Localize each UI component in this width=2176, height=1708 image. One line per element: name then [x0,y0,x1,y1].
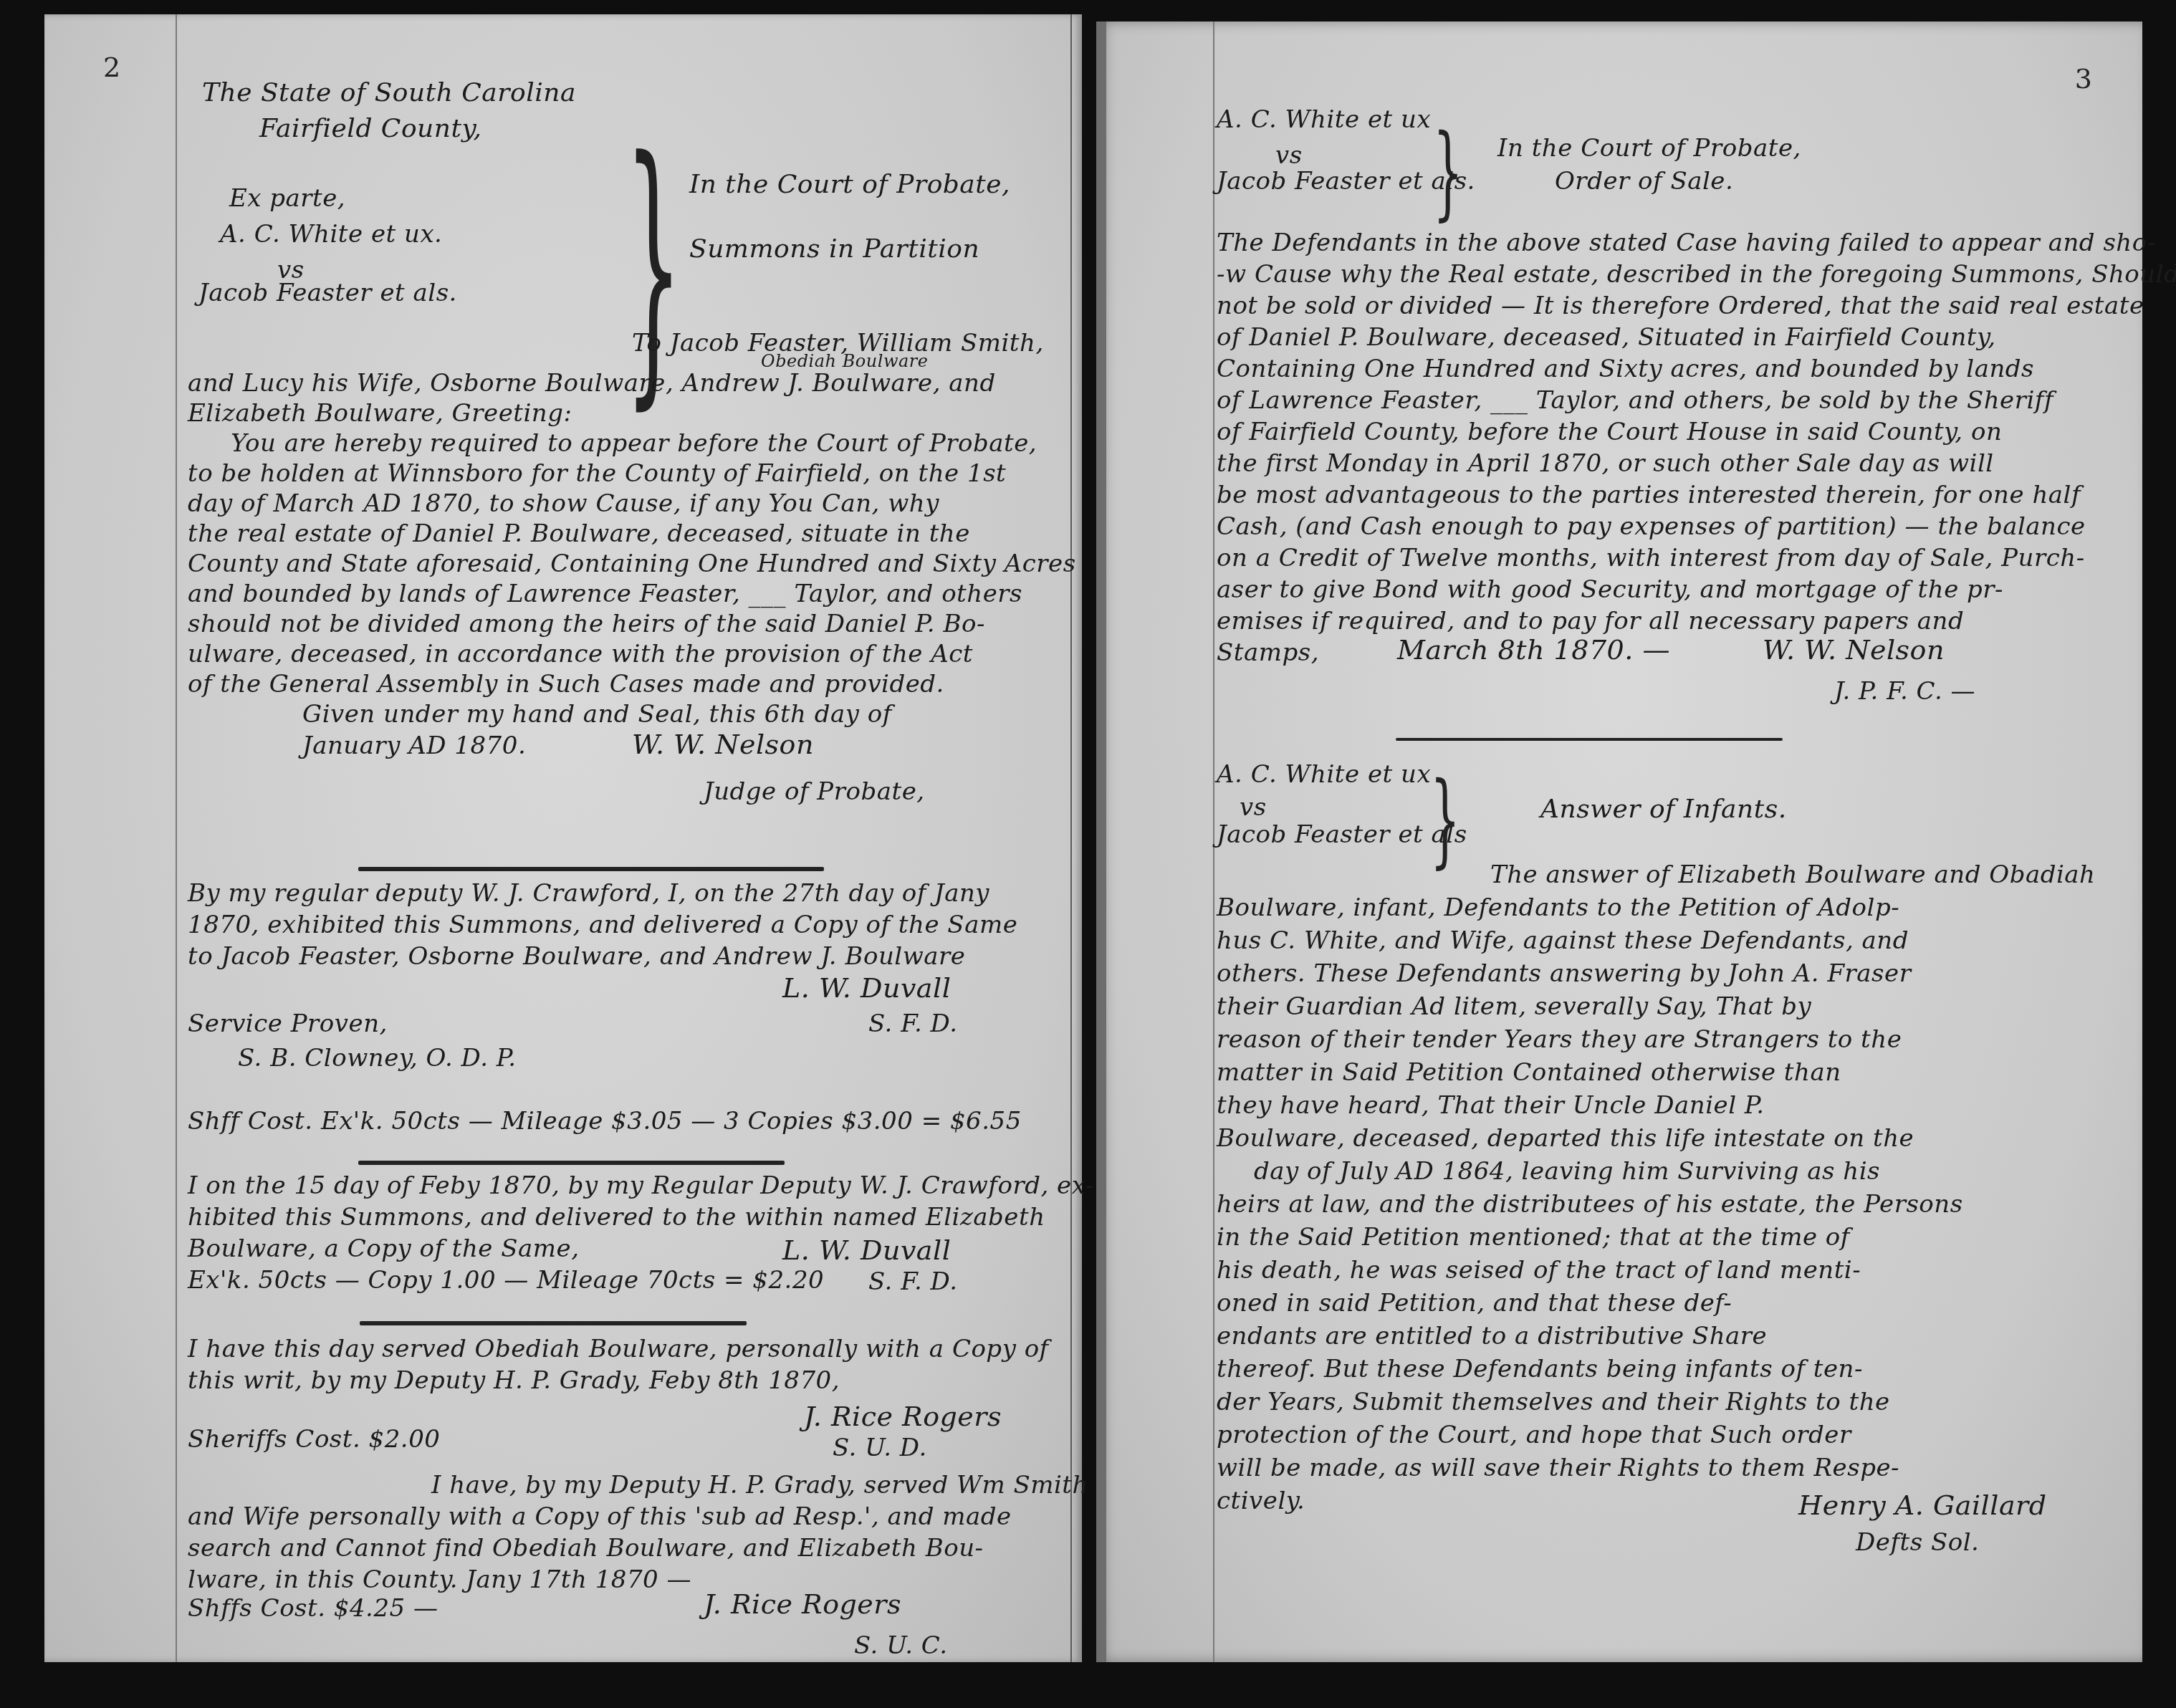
return-line: search and Cannot find Obediah Boulware,… [188,1536,984,1560]
solicitor-signature: Henry A. Gaillard [1798,1492,2047,1519]
page-edge-rule [1070,14,1072,1662]
county-line: Fairfield County, [259,116,481,142]
return-line: Boulware, a Copy of the Same, [188,1237,580,1261]
given-line2: January AD 1870. [302,734,526,758]
order-signature-title: J. P. F. C. — [1834,679,1975,704]
deputy-title: S. F. D. [868,1270,957,1294]
margin-rule [176,14,177,1662]
brace-icon: } [1433,112,1463,231]
court-name: In the Court of Probate, [689,172,1010,198]
order-body-line: on a Credit of Twelve months, with inter… [1217,546,2085,570]
section-divider [358,1161,785,1165]
order-court: In the Court of Probate, [1497,136,1801,160]
order-date: March 8th 1870. — [1397,636,1670,663]
order-body-line: be most advantageous to the parties inte… [1217,483,2081,507]
sheriff-signature: J. Rice Rogers [704,1591,901,1618]
return-line: and Wife personally with a Copy of this … [188,1505,1012,1529]
return-line: By my regular deputy W. J. Crawford, I, … [188,881,989,906]
answer-body-line: der Years, Submit themselves and their R… [1217,1390,1890,1414]
return-line: to Jacob Feaster, Osborne Boulware, and … [188,944,965,969]
left-page: 2 The State of South Carolina Fairfield … [44,14,1082,1662]
order-body-line: not be sold or divided — It is therefore… [1217,294,2144,318]
order-title: Order of Sale. [1555,169,1733,193]
deputy-title: S. F. D. [868,1012,957,1036]
deputy-signature: L. W. Duvall [782,974,951,1002]
section-divider [360,1321,747,1325]
order-body-line: the first Monday in April 1870, or such … [1217,451,1994,476]
summons-body-line: the real estate of Daniel P. Boulware, d… [188,522,970,546]
sheriff-title: S. U. C. [854,1633,947,1658]
deputy-signature: L. W. Duvall [782,1237,951,1264]
return-line: I have this day served Obediah Boulware,… [188,1337,1049,1361]
return-line: this writ, by my Deputy H. P. Grady, Feb… [188,1368,840,1393]
sheriff-costs: Shffs Cost. $4.25 — [188,1596,438,1621]
order-plaintiff: A. C. White et ux [1217,107,1431,132]
order-body-line: Containing One Hundred and Sixty acres, … [1217,357,2034,381]
summons-body-line: ulware, deceased, in accordance with the… [188,642,973,666]
sheriff-signature: J. Rice Rogers [804,1403,1002,1430]
summons-body-line: of the General Assembly in Such Cases ma… [188,672,944,696]
return-line: 1870, exhibited this Summons, and delive… [188,913,1017,937]
answer-body-line: hus C. White, and Wife, against these De… [1217,929,1909,953]
ledger-spread: 2 The State of South Carolina Fairfield … [0,0,2176,1708]
answer-body-line: ctively. [1217,1489,1305,1513]
page-number: 3 [2075,63,2092,95]
return-line: I have, by my Deputy H. P. Grady, served… [431,1473,1088,1497]
return-line: I on the 15 day of Feby 1870, by my Regu… [188,1174,1094,1198]
judge-title: Judge of Probate, [704,779,925,804]
order-body-line: of Fairfield County, before the Court Ho… [1217,420,2002,444]
sheriff-costs: Sheriffs Cost. $2.00 [188,1427,440,1452]
sheriff-costs: Shff Cost. Ex'k. 50cts — Mileage $3.05 —… [188,1109,1022,1133]
margin-rule [1213,21,1214,1662]
order-body-line: emises if required, and to pay for all n… [1217,609,1964,633]
summons-body-line: should not be divided among the heirs of… [188,612,985,636]
section-divider [1396,738,1783,741]
answer-plaintiff: A. C. White et ux [1217,762,1431,787]
answer-body-line: will be made, as will save their Rights … [1217,1456,1899,1480]
order-body-line: Cash, (and Cash enough to pay expenses o… [1217,514,2086,539]
answer-body-line: their Guardian Ad litem, severally Say, … [1217,994,1811,1019]
summons-body-line: to be holden at Winnsboro for the County… [188,461,1006,486]
order-signature: W. W. Nelson [1763,636,1945,663]
order-body-line: of Lawrence Feaster, ___ Taylor, and oth… [1217,388,2053,413]
answer-body-line: his death, he was seised of the tract of… [1217,1258,1861,1282]
sheriff-title: S. U. D. [833,1436,927,1460]
ex-parte: Ex parte, [229,186,345,211]
summons-address-insert: Obediah Boulware [761,352,928,370]
answer-body-line: thereof. But these Defendants being infa… [1217,1357,1863,1381]
answer-body-line: others. These Defendants answering by Jo… [1217,961,1911,986]
answer-body-line: matter in Said Petition Contained otherw… [1217,1060,1841,1085]
order-body-line: aser to give Bond with good Security, an… [1217,577,2003,602]
order-body-line: Stamps, [1217,640,1319,665]
answer-body-line: The answer of Elizabeth Boulware and Oba… [1490,863,2096,887]
solicitor-title: Defts Sol. [1856,1530,1979,1555]
order-body-line: -w Cause why the Real estate, described … [1217,262,2176,287]
order-body-line: of Daniel P. Boulware, deceased, Situate… [1217,325,1996,350]
witness-name: S. B. Clowney, O. D. P. [238,1046,517,1070]
answer-body-line: endants are entitled to a distributive S… [1217,1324,1767,1348]
defendant: Jacob Feaster et als. [198,281,457,305]
binding-gutter [1096,21,1106,1662]
summons-body-line: You are hereby required to appear before… [231,431,1037,456]
summons-body-line: and bounded by lands of Lawrence Feaster… [188,582,1022,606]
answer-versus: vs [1240,795,1267,820]
page-number: 2 [103,52,120,83]
section-divider [358,867,824,871]
summons-body-line: County and State aforesaid, Containing O… [188,552,1076,576]
answer-body-line: oned in said Petition, and that these de… [1217,1291,1732,1315]
answer-body-line: protection of the Court, and hope that S… [1217,1423,1851,1447]
plaintiff: A. C. White et ux. [220,222,442,246]
answer-body-line: reason of their tender Years they are St… [1217,1027,1902,1052]
return-line: lware, in this County. Jany 17th 1870 — [188,1568,691,1592]
answer-body-line: Boulware, deceased, departed this life i… [1217,1126,1914,1151]
right-page: 3 A. C. White et ux vs Jacob Feaster et … [1096,21,2142,1662]
state-line: The State of South Carolina [202,80,576,106]
return-costs: Ex'k. 50cts — Copy 1.00 — Mileage 70cts … [188,1268,824,1292]
summons-address-line2: and Lucy his Wife, Osborne Boulware, And… [188,371,996,395]
brace-icon: } [1430,759,1460,878]
return-line: hibited this Summons, and delivered to t… [188,1205,1045,1229]
answer-body-line: Boulware, infant, Defendants to the Peti… [1217,896,1899,920]
order-versus: vs [1275,143,1303,168]
answer-title: Answer of Infants. [1540,797,1787,822]
answer-body-line: in the Said Petition mentioned; that at … [1217,1225,1850,1249]
proceeding-title: Summons in Partition [689,236,979,262]
answer-body-line: day of July AD 1864, leaving him Survivi… [1254,1159,1880,1184]
summons-address-line3: Elizabeth Boulware, Greeting: [188,401,572,426]
order-body-line: The Defendants in the above stated Case … [1217,231,2156,255]
given-line1: Given under my hand and Seal, this 6th d… [302,702,892,726]
summons-body-line: day of March AD 1870, to show Cause, if … [188,491,939,516]
answer-body-line: heirs at law, and the distributees of hi… [1217,1192,1963,1217]
judge-signature: W. W. Nelson [632,731,814,758]
answer-body-line: they have heard, That their Uncle Daniel… [1217,1093,1765,1118]
service-label: Service Proven, [188,1012,388,1036]
